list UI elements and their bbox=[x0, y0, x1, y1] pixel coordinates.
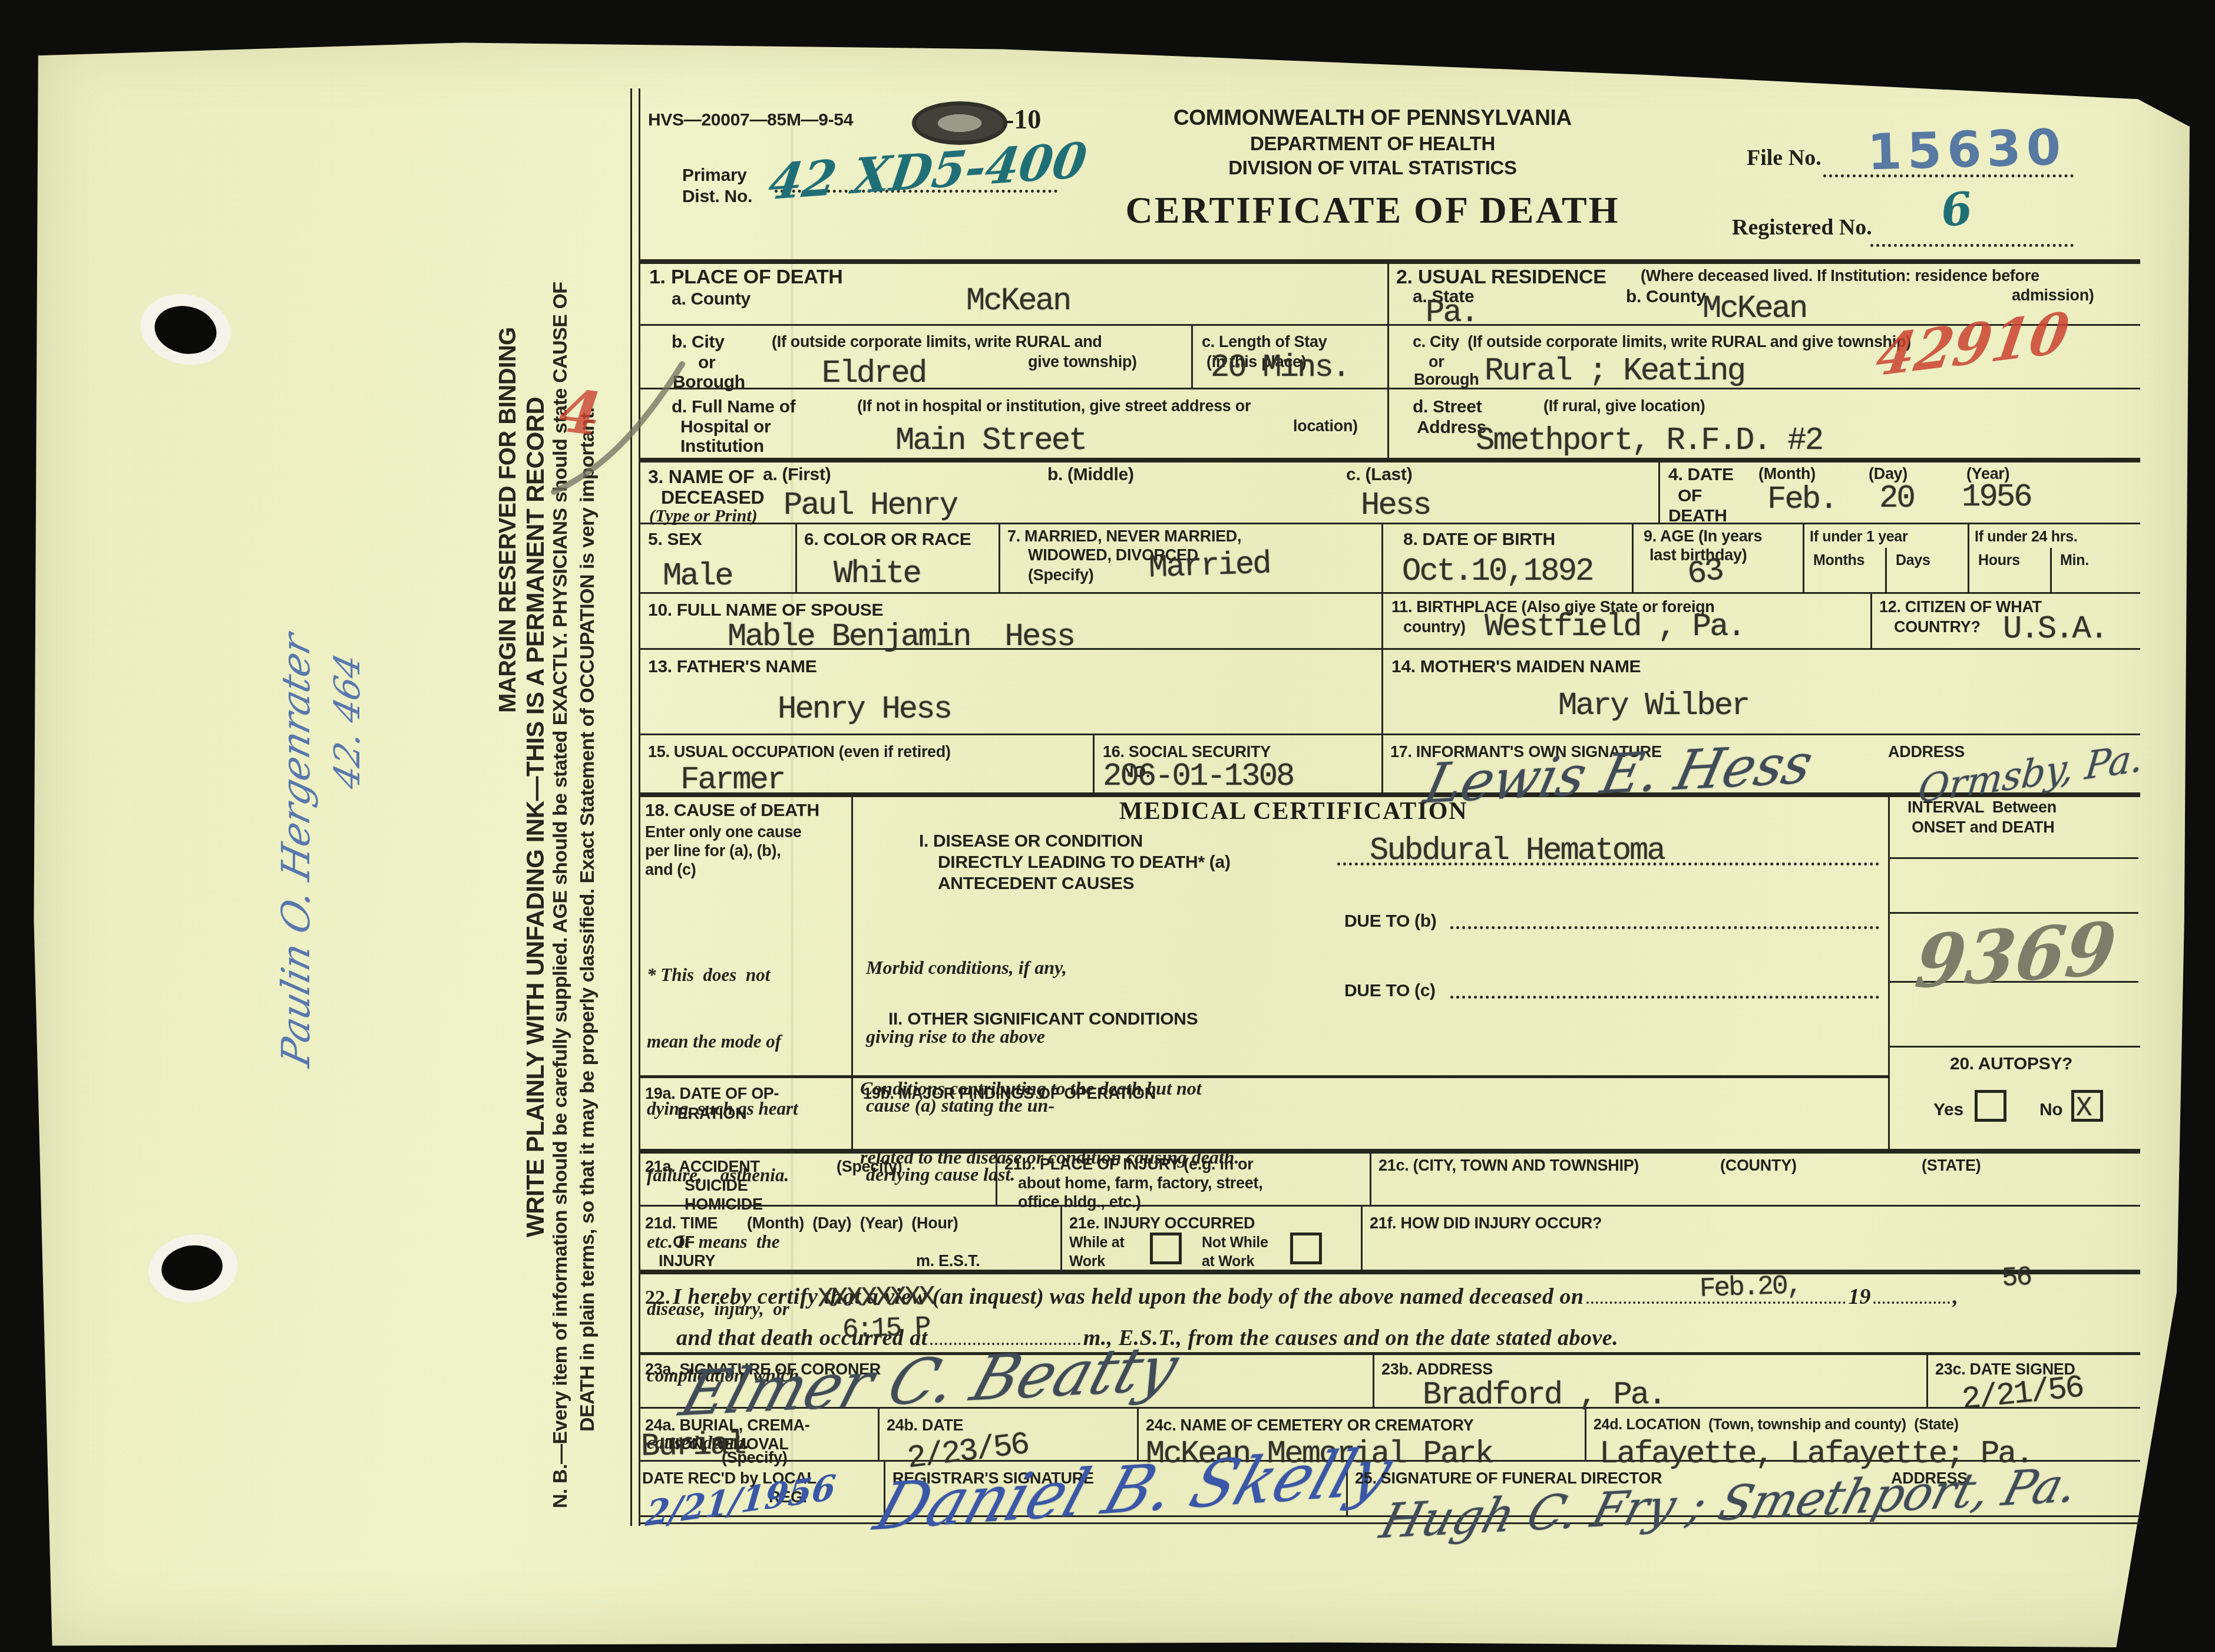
s12-label-2: COUNTRY? bbox=[1894, 619, 1981, 636]
s22-year-typed: 56 bbox=[2001, 1264, 2032, 1293]
s2d-note: (If rural, give location) bbox=[1543, 398, 1705, 415]
registered-no-label: Registered No. bbox=[1732, 216, 1872, 240]
agency-line-3: DIVISION OF VITAL STATISTICS bbox=[1078, 158, 1667, 179]
s19b-label: 19b. MAJOR FINDINGS OF OPERATION bbox=[863, 1085, 1156, 1102]
margin-binding-note: MARGIN RESERVED FOR BINDING bbox=[496, 327, 520, 713]
agency-block: COMMONWEALTH OF PENNSYLVANIA DEPARTMENT … bbox=[1078, 106, 1667, 229]
rule-v bbox=[1870, 592, 1872, 650]
s21d-label-1: 21d. TIME bbox=[645, 1215, 718, 1232]
file-no-value: 15630 bbox=[1867, 123, 2067, 177]
s19a-label-2: ERATION bbox=[677, 1105, 746, 1122]
s9-u24-label: If under 24 hrs. bbox=[1975, 529, 2077, 545]
medical-due-c-leader bbox=[1450, 996, 1879, 999]
s22-year-pre: 19 bbox=[1848, 1284, 1870, 1309]
s18-note-1: Enter only one cause bbox=[645, 824, 802, 841]
medical-due-b-label: DUE TO (b) bbox=[1344, 912, 1436, 931]
s18-star-1: * This does not bbox=[647, 964, 799, 986]
s21a-label-2: SUICIDE bbox=[685, 1177, 748, 1194]
s9-u1-label: If under 1 year bbox=[1810, 529, 1907, 545]
s22-overstrike: XXXXXXXX bbox=[818, 1283, 934, 1312]
s16-label-1: 16. SOCIAL SECURITY bbox=[1103, 744, 1271, 761]
s21d-cols: (Month) (Day) (Year) (Hour) bbox=[747, 1215, 958, 1232]
s3-middle-label: b. (Middle) bbox=[1047, 465, 1134, 484]
s21b-label-3: office bldg., etc.) bbox=[1018, 1194, 1141, 1211]
rule-v bbox=[1968, 523, 1969, 594]
s4-day-label: (Day) bbox=[1869, 465, 1907, 483]
rule-v bbox=[1632, 523, 1634, 594]
scanned-death-certificate: { "colors": { "paper": "#edefc3", "ink_t… bbox=[0, 0, 2215, 1652]
rule-v bbox=[795, 523, 797, 594]
s4-month-value: Feb. bbox=[1767, 484, 1837, 516]
s2d-value: Smethport, R.F.D. #2 bbox=[1476, 425, 1822, 457]
agency-line-2: DEPARTMENT OF HEALTH bbox=[1078, 134, 1667, 154]
s21a-label-1: 21a. ACCIDENT bbox=[645, 1158, 760, 1175]
rule-v bbox=[1370, 1149, 1371, 1207]
s21e-notwhile-label-2: at Work bbox=[1202, 1254, 1254, 1270]
interval-label-2: ONSET and DEATH bbox=[1912, 819, 2055, 836]
form-code: HVS—20007—85M—9-54 bbox=[648, 111, 853, 130]
s18-note-2: per line for (a), (b), bbox=[645, 842, 781, 860]
medical-due-b-leader bbox=[1450, 926, 1879, 929]
s4-month-label: (Month) bbox=[1758, 465, 1816, 483]
s1c-label-1: c. Length of Stay bbox=[1202, 333, 1327, 351]
s21e-while-label-2: Work bbox=[1069, 1254, 1105, 1270]
s2c-label-borough: Borough bbox=[1414, 371, 1479, 388]
rule-v bbox=[1926, 1352, 1928, 1409]
s21b-label-2: about home, farm, factory, street, bbox=[1018, 1175, 1262, 1192]
s1d-note-1: (If not in hospital or institution, give… bbox=[857, 398, 1251, 415]
margin-nb-note-2: DEATH in plain terms, so that it may be … bbox=[577, 408, 597, 1432]
s1d-note-2: location) bbox=[1293, 418, 1358, 435]
s1a-value: McKean bbox=[966, 286, 1070, 318]
s21c-state-label: (STATE) bbox=[1922, 1157, 1981, 1174]
s6-label: 6. COLOR OR RACE bbox=[804, 530, 971, 549]
s23b-label: 23b. ADDRESS bbox=[1381, 1361, 1493, 1378]
rule-v bbox=[1191, 326, 1193, 389]
medical-morbid-1: Morbid conditions, if any, bbox=[866, 956, 1067, 979]
s24b-label: 24b. DATE bbox=[887, 1417, 963, 1434]
s21d-label-2: OF bbox=[673, 1234, 695, 1251]
s21e-while-label-1: While at bbox=[1069, 1235, 1124, 1251]
primary-dist-label-1: Primary bbox=[682, 166, 747, 185]
s2c-label-or: or bbox=[1429, 353, 1444, 371]
s1b-note-1: (If outside corporate limits, write RURA… bbox=[772, 333, 1102, 351]
s4-year-value: 1956 bbox=[1962, 482, 2031, 514]
medical-title: MEDICAL CERTIFICATION bbox=[1119, 799, 1468, 824]
s22-date-typed: Feb.20, bbox=[1699, 1272, 1801, 1303]
left-double-rule-inner bbox=[639, 88, 640, 1526]
s21c-county-label: (COUNTY) bbox=[1720, 1157, 1797, 1174]
s4-label-3: DEATH bbox=[1668, 507, 1727, 526]
rule-v bbox=[1093, 734, 1095, 794]
file-no-label: File No. bbox=[1747, 146, 1821, 171]
rule-h bbox=[1888, 1046, 2140, 1048]
agency-line-1: COMMONWEALTH OF PENNSYLVANIA bbox=[1078, 106, 1667, 129]
s2-title-note-1: (Where deceased lived. If Institution: r… bbox=[1641, 267, 2039, 285]
left-double-rule-outer bbox=[630, 88, 632, 1526]
s11-label-2: country) bbox=[1403, 619, 1466, 636]
rule-h bbox=[639, 1075, 1888, 1078]
rule-h bbox=[639, 792, 2140, 797]
s18-note-3: and (c) bbox=[645, 861, 696, 878]
s9-u24-col2: Min. bbox=[2060, 553, 2089, 569]
pencil-slash-mark bbox=[530, 330, 725, 518]
s1-title: 1. PLACE OF DEATH bbox=[649, 266, 843, 288]
s2c-label: c. City (If outside corporate limits, wr… bbox=[1413, 333, 1911, 351]
rule-v bbox=[1060, 1205, 1062, 1271]
s11-value: Westfield , Pa. bbox=[1485, 612, 1744, 643]
s21e-notwhile-checkbox bbox=[1290, 1233, 1322, 1264]
s10-label: 10. FULL NAME OF SPOUSE bbox=[648, 601, 883, 620]
rule-v bbox=[1888, 792, 1890, 1151]
registered-no-value: 6 bbox=[1939, 186, 1975, 233]
s2d-label-1: d. Street bbox=[1413, 398, 1482, 417]
medical-i3: ANTECEDENT CAUSES bbox=[938, 874, 1134, 893]
s1d-value: Main Street bbox=[895, 425, 1086, 457]
s3-first-value: Paul Henry bbox=[783, 490, 957, 522]
s18-star-5: etc. It means the bbox=[647, 1231, 799, 1253]
rule-v bbox=[1885, 548, 1887, 594]
rule-h bbox=[639, 734, 2140, 735]
s5-value: Male bbox=[663, 561, 732, 593]
s2a-value: Pa. bbox=[1426, 298, 1477, 329]
margin-handwritten-number: 42. 464 bbox=[330, 650, 365, 792]
s20-no-checkbox-mark: X bbox=[2076, 1095, 2091, 1122]
rule-v bbox=[1658, 458, 1660, 524]
s7-label-3: (Specify) bbox=[1028, 567, 1093, 584]
s1b-note-2: give township) bbox=[1028, 353, 1137, 371]
s3-last-value: Hess bbox=[1361, 490, 1430, 522]
medical-a-value: Subdural Hematoma bbox=[1370, 835, 1664, 867]
s12-value: U.S.A. bbox=[2003, 614, 2107, 646]
s22-number: 22. bbox=[645, 1287, 670, 1309]
rule-v bbox=[1585, 1407, 1586, 1462]
rule-h bbox=[639, 458, 2140, 462]
s16-value: 206-01-1308 bbox=[1103, 761, 1293, 793]
interval-line-a bbox=[1890, 857, 2138, 859]
medical-due-c-label: DUE TO (c) bbox=[1344, 982, 1436, 1000]
s15-value: Farmer bbox=[680, 765, 784, 797]
rule-v bbox=[2050, 548, 2052, 594]
s1b-value: Eldred bbox=[822, 358, 925, 390]
s19a-label-1: 19a. DATE OF OP- bbox=[645, 1085, 779, 1102]
s21a-specify: (Specify) bbox=[837, 1158, 902, 1175]
rule-v bbox=[1361, 1205, 1363, 1271]
s21c-label: 21c. (CITY, TOWN AND TOWNSHIP) bbox=[1378, 1157, 1639, 1174]
s6-value: White bbox=[834, 559, 920, 590]
s1a-label: a. County bbox=[672, 290, 751, 309]
rule-v bbox=[1373, 1352, 1374, 1409]
s2b-value: McKean bbox=[1702, 293, 1806, 325]
s3-first-label: a. (First) bbox=[763, 465, 831, 484]
s4-label-1: 4. DATE bbox=[1668, 465, 1734, 484]
seal-suffix: -10 bbox=[1005, 105, 1041, 135]
rule-v bbox=[1803, 523, 1804, 594]
s21d-label-4: m. E.S.T. bbox=[916, 1253, 980, 1270]
s21e-label: 21e. INJURY OCCURRED bbox=[1069, 1215, 1255, 1232]
s22-text-2: was held upon the body of the above name… bbox=[1044, 1284, 1584, 1309]
s13-value: Henry Hess bbox=[778, 694, 951, 726]
primary-dist-label-2: Dist. No. bbox=[682, 187, 752, 206]
s9-u24-col1: Hours bbox=[1978, 553, 2020, 569]
s5-label: 5. SEX bbox=[648, 530, 702, 549]
s21e-notwhile-label-1: Not While bbox=[1202, 1235, 1268, 1251]
certificate-title: CERTIFICATE OF DEATH bbox=[1078, 191, 1667, 229]
rule-h bbox=[639, 1205, 2140, 1207]
s20-no-label: No bbox=[2039, 1101, 2062, 1119]
s24c-label: 24c. NAME OF CEMETERY OR CREMATORY bbox=[1146, 1417, 1473, 1434]
s9-value: 63 bbox=[1686, 555, 1725, 592]
s20-yes-checkbox bbox=[1975, 1090, 2006, 1122]
s15-label: 15. USUAL OCCUPATION (even if retired) bbox=[648, 744, 951, 761]
s4-day-value: 20 bbox=[1879, 483, 1914, 515]
rule-v bbox=[999, 523, 1000, 594]
s21f-label: 21f. HOW DID INJURY OCCUR? bbox=[1370, 1215, 1602, 1232]
s7-label-1: 7. MARRIED, NEVER MARRIED, bbox=[1007, 528, 1241, 545]
rule-v bbox=[851, 792, 853, 1151]
s22-comma: , bbox=[1952, 1284, 1958, 1309]
s9-label-1: 9. AGE (In years bbox=[1644, 528, 1762, 545]
medical-i2: DIRECTLY LEADING TO DEATH* (a) bbox=[938, 853, 1231, 872]
s10-value: Mable Benjamin Hess bbox=[728, 622, 1074, 653]
rule-h bbox=[639, 259, 2140, 264]
s2b-label: b. County bbox=[1626, 288, 1706, 306]
s24a-value: Burial bbox=[641, 1429, 745, 1463]
s7-value: Married bbox=[1148, 549, 1271, 584]
s1c-value: 20 Mins. bbox=[1211, 352, 1349, 384]
s3-last-label: c. (Last) bbox=[1346, 465, 1412, 484]
s9-u1-col2: Days bbox=[1896, 553, 1930, 569]
s13-label: 13. FATHER'S NAME bbox=[648, 658, 817, 676]
medical-i1: I. DISEASE OR CONDITION bbox=[919, 832, 1143, 851]
s21b-label-1: 21b. PLACE OF INJURY (e.g. in or bbox=[1004, 1156, 1253, 1173]
s8-value: Oct.10,1892 bbox=[1402, 556, 1592, 588]
s20-label: 20. AUTOPSY? bbox=[1950, 1055, 2072, 1073]
s24d-label: 24d. LOCATION (Town, township and county… bbox=[1594, 1417, 1959, 1433]
s9-u1-col1: Months bbox=[1813, 553, 1864, 569]
s2-title-note-2: admission) bbox=[2012, 287, 2094, 304]
s4-label-2: OF bbox=[1678, 487, 1702, 505]
s22-time-typed: 6:15 P bbox=[842, 1313, 930, 1343]
interval-pencil-number: 9369 bbox=[1912, 912, 2120, 999]
s21e-while-checkbox bbox=[1150, 1233, 1182, 1264]
s14-value: Mary Wilber bbox=[1558, 690, 1748, 722]
s21d-label-3: INJURY bbox=[659, 1253, 715, 1270]
s14-label: 14. MOTHER'S MAIDEN NAME bbox=[1391, 658, 1641, 676]
s18-star-2: mean the mode of bbox=[647, 1030, 799, 1053]
s17-address-label: ADDRESS bbox=[1888, 744, 1965, 761]
registered-no-leader bbox=[1870, 244, 2074, 247]
rule-h bbox=[639, 592, 2140, 594]
rule-v bbox=[1387, 259, 1389, 460]
rule-v bbox=[1381, 523, 1383, 794]
s18-title: 18. CAUSE of DEATH bbox=[645, 801, 819, 820]
s2c-value: Rural ; Keating bbox=[1485, 356, 1744, 388]
margin-plainly-note: WRITE PLAINLY WITH UNFADING INK—THIS IS … bbox=[523, 397, 548, 1237]
s21a-label-3: HOMICIDE bbox=[685, 1196, 763, 1213]
medical-ii-label: II. OTHER SIGNIFICANT CONDITIONS bbox=[888, 1010, 1198, 1029]
s20-yes-label: Yes bbox=[1933, 1101, 1963, 1119]
s23b-value: Bradford , Pa. bbox=[1423, 1380, 1665, 1412]
rule-h bbox=[639, 1270, 2140, 1274]
s8-label: 8. DATE OF BIRTH bbox=[1403, 530, 1555, 549]
s22-struck-text: (an inquest) bbox=[933, 1284, 1044, 1309]
s2-title: 2. USUAL RESIDENCE bbox=[1396, 266, 1606, 288]
margin-handwritten-name: Paulin O. Hergenrater bbox=[277, 630, 316, 1070]
interval-label-1: INTERVAL Between bbox=[1907, 799, 2057, 816]
s22-year-leader bbox=[1873, 1301, 1950, 1304]
